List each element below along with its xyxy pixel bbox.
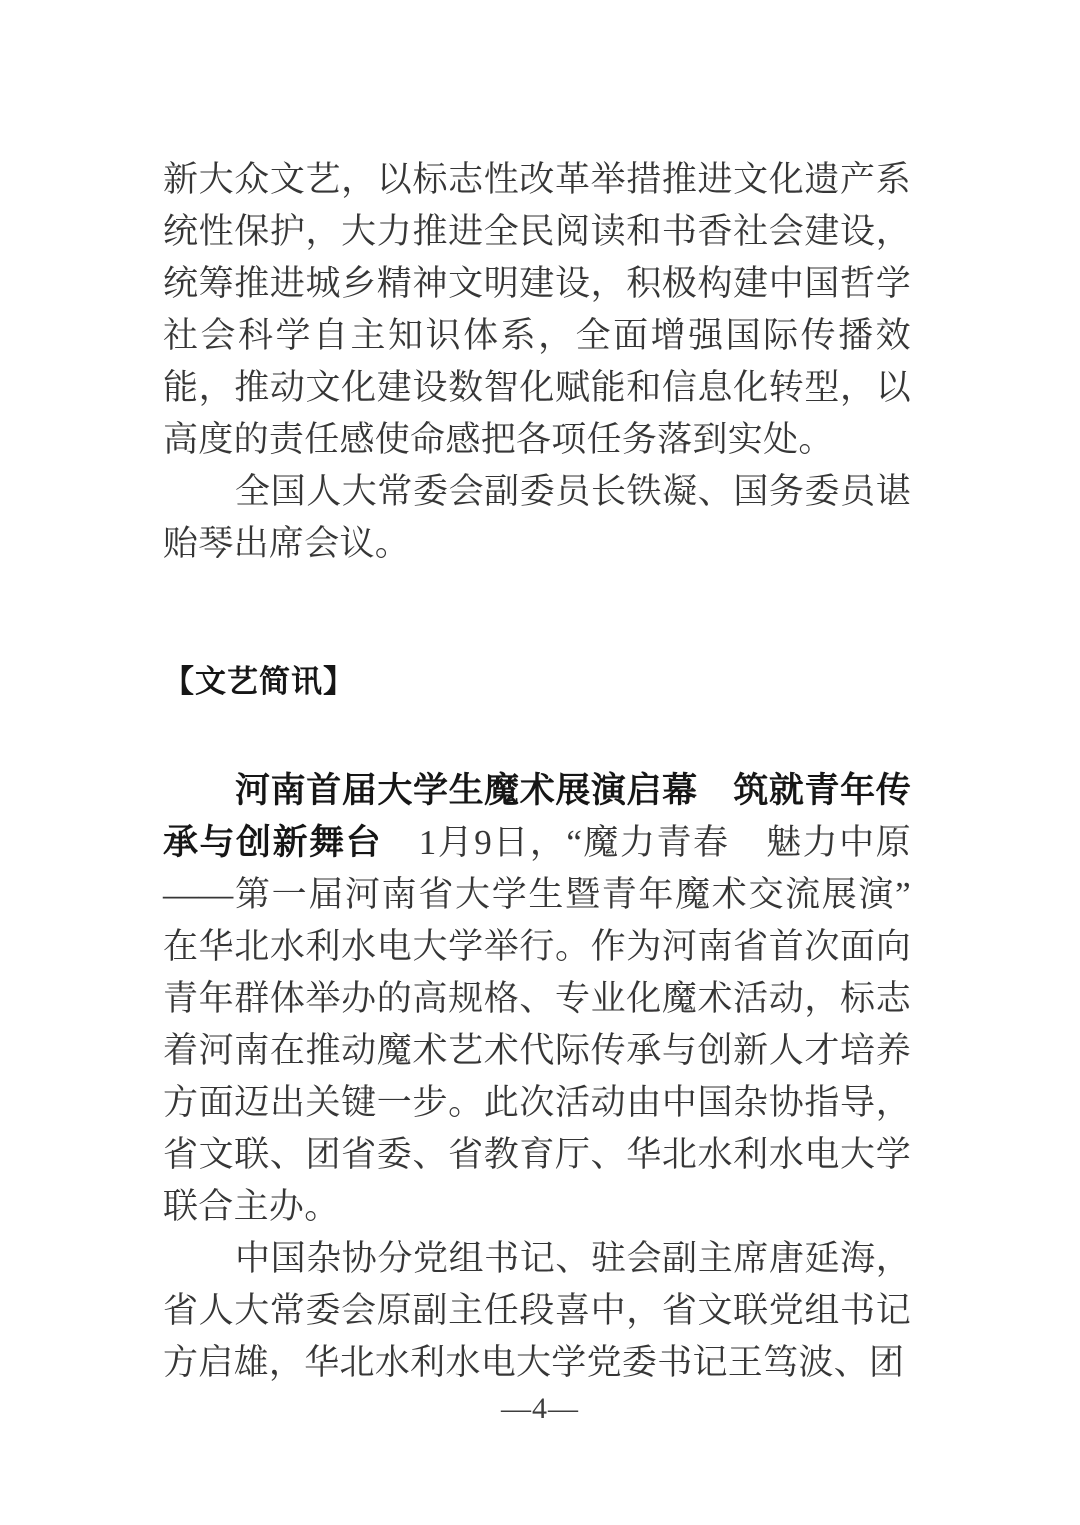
document-page: 新大众文艺，以标志性改革举措推进文化遗产系统性保护，大力推进全民阅读和书香社会建… <box>0 0 1080 1525</box>
text-column: 新大众文艺，以标志性改革举措推进文化遗产系统性保护，大力推进全民阅读和书香社会建… <box>163 154 911 1389</box>
section-header-arts-briefs: 【文艺简讯】 <box>163 663 911 701</box>
paragraph-attending-officials: 中国杂协分党组书记、驻会副主席唐延海，省人大常委会原副主任段喜中，省文联党组书记… <box>163 1233 911 1389</box>
paragraph-meeting-attendees: 全国人大常委会副委员长铁凝、国务委员谌贻琴出席会议。 <box>163 466 911 570</box>
paragraph-culture-tasks: 新大众文艺，以标志性改革举措推进文化遗产系统性保护，大力推进全民阅读和书香社会建… <box>163 154 911 466</box>
paragraph-magic-expo-news: 河南首届大学生魔术展演启幕 筑就青年传承与创新舞台 1月9日，“魔力青春 魅力中… <box>163 765 911 1233</box>
news-body-text: 1月9日，“魔力青春 魅力中原——第一届河南省大学生暨青年魔术交流展演”在华北水… <box>163 823 911 1226</box>
page-number: —4— <box>0 1392 1080 1426</box>
